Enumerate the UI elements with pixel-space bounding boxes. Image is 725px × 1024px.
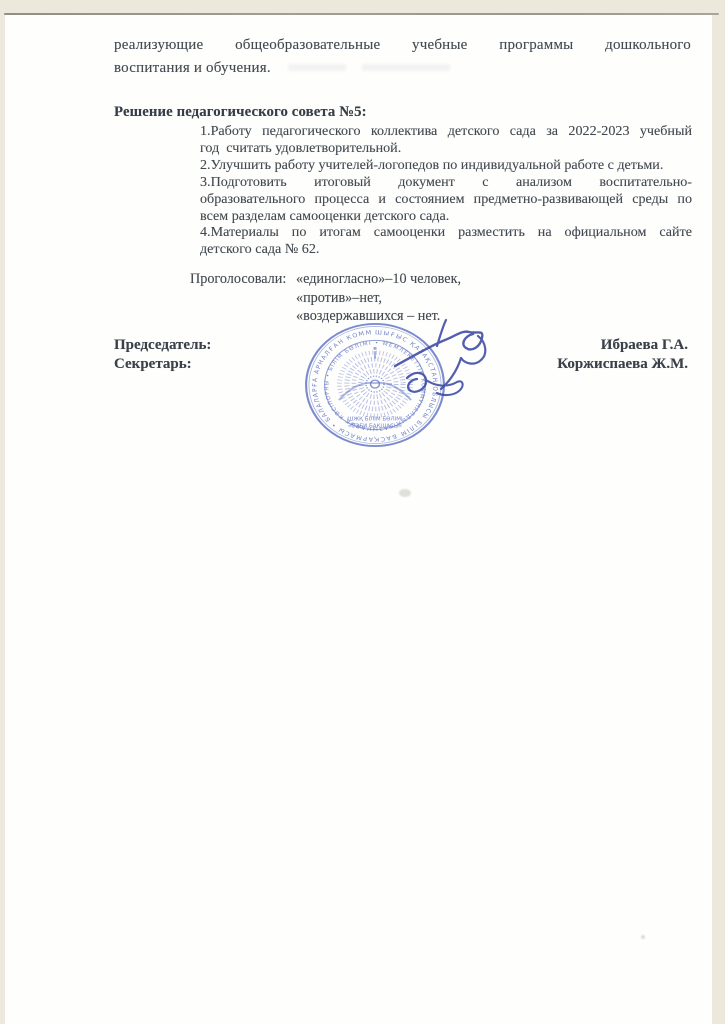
scan-ghost-text — [288, 64, 346, 71]
document-content: реализующие общеобразовательные учебные … — [0, 0, 725, 1024]
decision-line: детского сада № 62. — [200, 241, 692, 258]
decision-line: всем разделам самооценки детского сада. — [200, 208, 692, 225]
chairman-name: Ибраева Г.А. — [601, 336, 688, 355]
voting-unanimous: «единогласно»–10 человек, — [296, 271, 461, 287]
decision-line: 3.Подготовить итоговый документ с анализ… — [200, 174, 692, 191]
decision-list: 1.Работу педагогического коллектива детс… — [200, 123, 692, 258]
decision-line: 1.Работу педагогического коллектива детс… — [200, 123, 692, 140]
intro-line-1: реализующие общеобразовательные учебные … — [114, 34, 691, 57]
decision-line: образовательного процесса и состоянием п… — [200, 191, 692, 208]
decision-line: 4.Материалы по итогам самооценки размест… — [200, 224, 692, 241]
scan-ghost-text — [362, 64, 450, 71]
secretary-name: Коржиспаева Ж.М. — [557, 355, 688, 374]
voting-label: Проголосовали: — [190, 270, 296, 288]
secretary-label: Секретарь: — [114, 355, 192, 374]
chairman-label: Председатель: — [114, 336, 211, 355]
decision-line: 2.Улучшить работу учителей-логопедов по … — [200, 157, 692, 174]
handwritten-signature — [385, 316, 515, 426]
scan-speck — [399, 489, 411, 497]
scanned-document-page: { "document": { "intro_line1": "реализую… — [0, 0, 725, 1024]
voting-row-against: «против»–нет, — [296, 289, 382, 307]
decision-heading: Решение педагогического совета №5: — [114, 104, 367, 121]
decision-line: год считать удовлетворительной. — [200, 140, 692, 157]
scan-speck — [641, 935, 645, 939]
voting-row-unanimous: Проголосовали: «единогласно»–10 человек, — [190, 270, 461, 288]
intro-paragraph: реализующие общеобразовательные учебные … — [114, 34, 691, 79]
